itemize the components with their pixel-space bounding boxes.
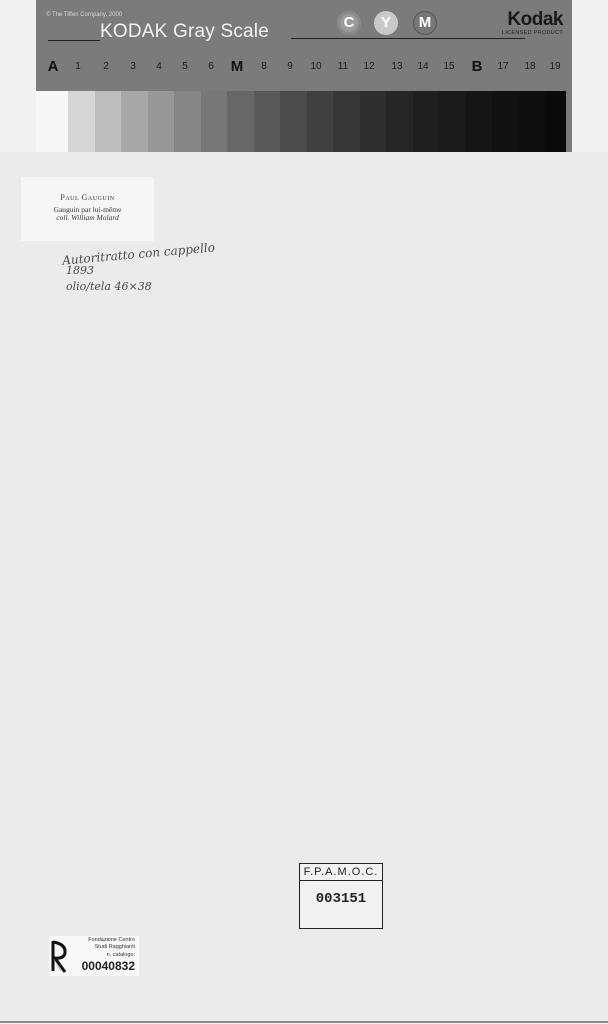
sticker-line2: Studi Ragghianti bbox=[95, 944, 135, 950]
stamp-number: 003151 bbox=[300, 891, 382, 907]
cyan-mark: C bbox=[337, 11, 361, 35]
gray-patch bbox=[439, 91, 466, 152]
step-label: 4 bbox=[156, 61, 162, 72]
catalog-sticker: Fondazione Centro Studi Ragghianti n. ca… bbox=[49, 936, 139, 976]
gray-patch bbox=[333, 91, 360, 152]
gray-patch bbox=[68, 91, 95, 152]
gray-patch bbox=[307, 91, 333, 152]
step-label: 6 bbox=[208, 61, 214, 72]
step-label: M bbox=[231, 58, 244, 75]
sticker-line1: Fondazione Centro bbox=[88, 937, 135, 943]
step-labels: A123456M89101112131415B171819 bbox=[36, 61, 572, 79]
catalog-number: 00040832 bbox=[82, 959, 135, 973]
gray-patch bbox=[545, 91, 566, 152]
gray-patch bbox=[254, 91, 280, 152]
collection-note: coll. William Molard bbox=[21, 213, 154, 222]
step-label: 12 bbox=[363, 61, 374, 72]
step-label: 1 bbox=[75, 61, 81, 72]
step-label: 10 bbox=[310, 61, 321, 72]
rule-line-right bbox=[291, 38, 525, 39]
step-label: 14 bbox=[417, 61, 428, 72]
gray-patch bbox=[492, 91, 519, 152]
archive-stamp: F.P.A.M.O.C. 003151 bbox=[299, 863, 383, 929]
gray-patch bbox=[36, 91, 68, 152]
artist-label-card: Paul Gauguin Gauguin par lui-même coll. … bbox=[21, 177, 154, 241]
step-label: 9 bbox=[287, 61, 293, 72]
gray-scale-title: KODAK Gray Scale bbox=[100, 21, 269, 43]
step-label: 8 bbox=[261, 61, 267, 72]
step-label: 19 bbox=[549, 61, 560, 72]
yellow-mark: Y bbox=[374, 11, 398, 35]
handwritten-medium-size: olio/tela 46×38 bbox=[66, 280, 152, 293]
handwritten-year: 1893 bbox=[66, 264, 94, 277]
gray-patch bbox=[95, 91, 121, 152]
gray-patch bbox=[466, 91, 492, 152]
rule-line-left bbox=[48, 40, 100, 41]
gray-patch bbox=[121, 91, 148, 152]
copyright-text: © The Tiffen Company, 2000 bbox=[46, 12, 122, 18]
gray-patches bbox=[36, 91, 572, 152]
step-label: 11 bbox=[338, 61, 348, 72]
step-label: 18 bbox=[524, 61, 535, 72]
licensed-product-text: LICENSED PRODUCT bbox=[502, 30, 563, 36]
step-label: 5 bbox=[182, 61, 188, 72]
step-label: 3 bbox=[130, 61, 136, 72]
gray-patch bbox=[148, 91, 174, 152]
gray-patch bbox=[519, 91, 545, 152]
gray-patch bbox=[413, 91, 439, 152]
sticker-line3: n. catalogo: bbox=[107, 952, 135, 958]
step-label: A bbox=[48, 58, 59, 75]
ragghianti-logo-icon bbox=[51, 939, 68, 973]
gray-patch bbox=[280, 91, 307, 152]
step-label: 17 bbox=[497, 61, 508, 72]
step-label: 2 bbox=[103, 61, 109, 72]
gray-patch bbox=[386, 91, 413, 152]
stamp-org: F.P.A.M.O.C. bbox=[300, 864, 382, 881]
gray-patch bbox=[174, 91, 201, 152]
kodak-gray-scale-card: © The Tiffen Company, 2000 KODAK Gray Sc… bbox=[36, 0, 572, 152]
step-label: 13 bbox=[391, 61, 402, 72]
gray-patch bbox=[227, 91, 254, 152]
gray-patch bbox=[201, 91, 227, 152]
step-label: 15 bbox=[443, 61, 454, 72]
magenta-mark: M bbox=[413, 11, 437, 35]
kodak-logo: Kodak bbox=[507, 9, 563, 31]
artist-name: Paul Gauguin bbox=[21, 193, 154, 202]
step-label: B bbox=[472, 58, 483, 75]
gray-patch bbox=[360, 91, 386, 152]
